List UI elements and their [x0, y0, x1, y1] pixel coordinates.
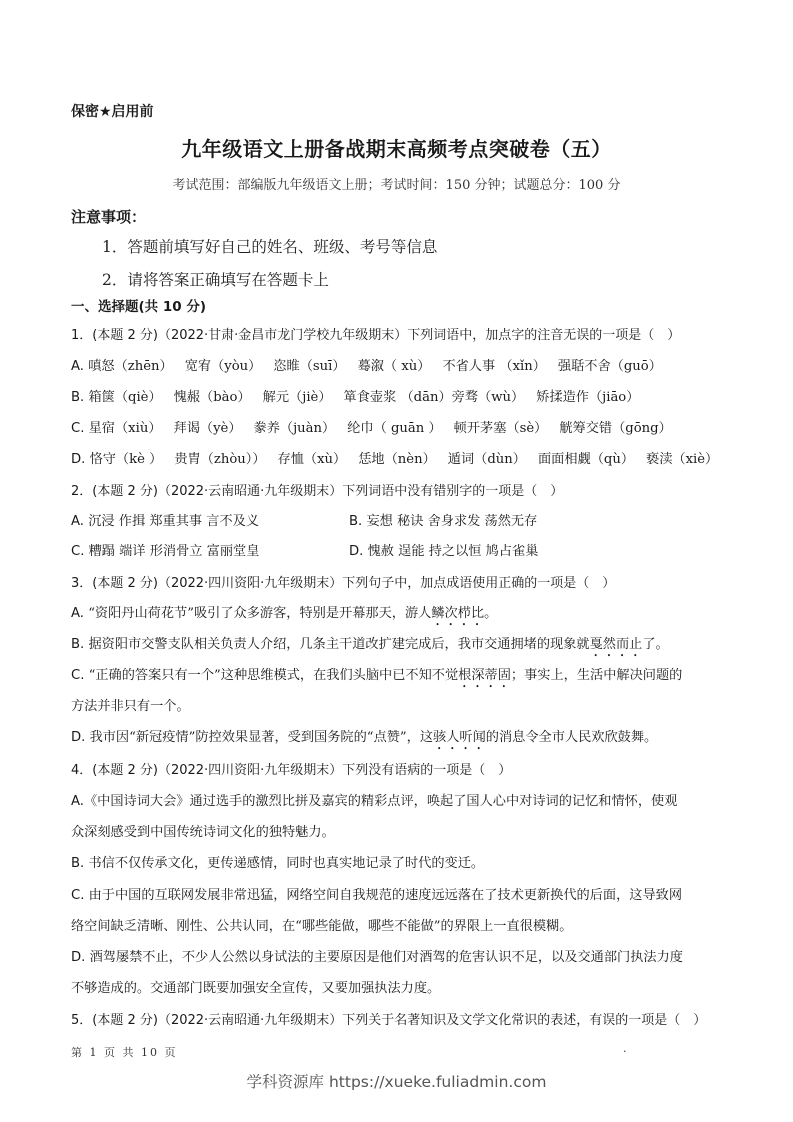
option-label: A.	[71, 514, 84, 529]
dotted-idiom: 根深蒂固	[458, 668, 511, 683]
exam-info: 考试范围：部编版九年级语文上册；考试时间：150 分钟；试题总分：100 分	[0, 174, 793, 193]
option-text: 由于中国的互联网发展非常迅猛，网络空间自我规范的速度远远落在了技术更新换代的后面…	[89, 888, 682, 903]
page-number: 第 1 页 共 10 页	[71, 1044, 177, 1060]
option-term: 宽宥（yòu）	[185, 355, 262, 374]
option-term: 蓦溆（ xù）	[358, 355, 431, 374]
option-term: 纶巾（ guān ）	[347, 417, 441, 436]
option-term: 愧赧（bào）	[174, 386, 251, 405]
question-3-option-d: D. 我市因“新冠疫情”防控效果显著，受到国务院的“点赞”，这骇人听闻的消息令全…	[71, 726, 657, 753]
question-2-option-b: B. 妄想 秘诀 舍身求发 荡然无存	[349, 510, 537, 529]
option-label: A.	[71, 359, 84, 374]
option-term: 箱箧（qiè）	[88, 386, 161, 405]
option-term: 矫揉造作（jiāo）	[536, 386, 639, 405]
question-3-stem: 3．(本题 2 分)（2022·四川资阳·九年级期末）下列句子中，加点成语使用正…	[71, 572, 615, 591]
option-term: 贵胄（zhòu））	[174, 448, 265, 467]
section-heading: 一、选择题(共 10 分)	[71, 295, 206, 315]
question-4-option-b: B. 书信不仅传承文化，更传递感情，同时也真实地记录了时代的变迁。	[71, 852, 484, 871]
question-4-option-a-cont: 众深刻感受到中国传统诗词文化的独特魅力。	[71, 821, 335, 840]
question-1-option-a: A. 嗔怒（zhēn）宽宥（yòu）恣睢（suī）蓦溆（ xù）不省人事 （xǐ…	[71, 355, 674, 374]
question-4-option-d: D. 酒驾屡禁不止，不少人公然以身试法的主要原因是他们对酒驾的危害认识不足，以及…	[71, 946, 683, 965]
question-1-stem: 1．(本题 2 分)（2022·甘肃·金昌市龙门学校九年级期末）下列词语中，加点…	[71, 324, 680, 343]
option-text: 书信不仅传承文化，更传递感情，同时也真实地记录了时代的变迁。	[88, 856, 484, 871]
question-1-option-d: D. 恪守（kè ）贵胄（zhòu））存恤（xù）恁地（nèn）遁词（dùn）面…	[71, 448, 730, 467]
option-text: “正确的答案只有一个”这种思维模式，在我们头脑中已不知不觉	[89, 668, 459, 683]
option-term: 星宿（xiù）	[89, 417, 162, 436]
option-text: 了。	[642, 637, 668, 652]
option-label: D.	[349, 544, 363, 559]
footer-mark: .	[623, 1042, 627, 1055]
option-term: 强聒不舍（guō）	[558, 355, 662, 374]
question-2-stem: 2．(本题 2 分)（2022·云南昭通·九年级期末）下列词语中没有错别字的一项…	[71, 480, 563, 499]
option-label: B.	[349, 514, 362, 529]
question-4-option-c-cont: 络空间缺乏清晰、刚性、公共认同，在“哪些能做，哪些不能做”的界限上一直很模糊。	[71, 915, 572, 934]
option-term: 恪守（kè ）	[90, 448, 163, 467]
option-term: 嗔怒（zhēn）	[88, 355, 173, 374]
question-3-option-c: C. “正确的答案只有一个”这种思维模式，在我们头脑中已不知不觉根深蒂固；事实上…	[71, 664, 682, 691]
notice-item: 1．答题前填写好自己的姓名、班级、考号等信息	[102, 235, 437, 257]
dotted-idiom: 骇人听闻	[433, 730, 486, 745]
option-term: 拜谒（yè）	[174, 417, 242, 436]
option-label: A.	[71, 794, 84, 809]
page-title: 九年级语文上册备战期末高频考点突破卷（五）	[0, 133, 793, 162]
option-term: 箪食壶浆 （dān）旁骛（wù）	[344, 386, 525, 405]
option-label: C.	[71, 421, 84, 436]
option-text: 酒驾屡禁不止，不少人公然以身试法的主要原因是他们对酒驾的危害认识不足，以及交通部…	[90, 950, 683, 965]
option-term: 解元（jiè）	[263, 386, 332, 405]
question-2-option-d: D. 愧赦 逞能 持之以恒 鸠占雀巢	[349, 540, 538, 559]
option-text: 的消息令全市人民欢欣鼓舞。	[486, 730, 657, 745]
option-text: 妄想 秘诀 舍身求发 荡然无存	[366, 514, 537, 529]
question-4-option-c: C. 由于中国的互联网发展非常迅猛，网络空间自我规范的速度远远落在了技术更新换代…	[71, 884, 682, 903]
option-text: ；事实上，生活中解决问题的	[511, 668, 682, 683]
option-label: D.	[71, 452, 85, 467]
option-term: 恣睢（suī）	[273, 355, 345, 374]
exam-page: 保密★启用前 九年级语文上册备战期末高频考点突破卷（五） 考试范围：部编版九年级…	[0, 0, 793, 1122]
option-term: 面面相觑（qù）	[538, 448, 634, 467]
option-text: 据资阳市交警支队相关负责人介绍，几条主干道改扩建完成后，我市交通拥堵的现象就	[88, 637, 589, 652]
option-term: 存恤（xù）	[278, 448, 347, 467]
question-2-row-1: A. 沉浸 作揖 郑重其事 言不及义 B. 妄想 秘诀 舍身求发 荡然无存	[71, 510, 721, 529]
question-4-option-d-cont: 不够造成的。交通部门既要加强安全宣传，又要加强执法力度。	[71, 977, 440, 996]
option-label: C.	[71, 668, 84, 683]
option-term: 豢养（juàn）	[254, 417, 336, 436]
question-3-option-b: B. 据资阳市交警支队相关负责人介绍，几条主干道改扩建完成后，我市交通拥堵的现象…	[71, 633, 669, 660]
option-text: 我市因“新冠疫情”防控效果显著，受到国务院的“点赞”，这	[90, 730, 433, 745]
option-label: A.	[71, 606, 84, 621]
watermark-link[interactable]: 学科资源库 https://xueke.fuliadmin.com	[0, 1070, 793, 1092]
option-text: 沉浸 作揖 郑重其事 言不及义	[88, 514, 259, 529]
dotted-idiom: 戛然而止	[590, 637, 643, 652]
option-text: 《中国诗词大会》通过选手的激烈比拼及嘉宾的精彩点评，唤起了国人心中对诗词的记忆和…	[84, 794, 677, 809]
option-label: D.	[71, 730, 85, 745]
option-label: B.	[71, 390, 84, 405]
option-text: 。	[484, 606, 497, 621]
option-label: C.	[71, 888, 84, 903]
question-5-stem: 5．(本题 2 分)（2022·云南昭通·九年级期末）下列关于名著知识及文学文化…	[71, 1009, 706, 1028]
option-text: 愧赦 逞能 持之以恒 鸠占雀巢	[368, 544, 539, 559]
option-term: 不省人事 （xǐn）	[442, 355, 545, 374]
dotted-idiom: 鳞次栉比	[431, 606, 484, 621]
confidential-label: 保密★启用前	[71, 101, 154, 121]
option-text: “资阳丹山荷花节”吸引了众多游客，特别是开幕那天，游人	[88, 606, 431, 621]
option-label: B.	[71, 856, 84, 871]
option-text: 糟蹋 端详 形消骨立 富丽堂皇	[89, 544, 260, 559]
question-1-option-c: C. 星宿（xiù）拜谒（yè）豢养（juàn）纶巾（ guān ）顿开茅塞（s…	[71, 417, 684, 436]
option-term: 遁词（dùn）	[448, 448, 526, 467]
question-4-option-a: A.《中国诗词大会》通过选手的激烈比拼及嘉宾的精彩点评，唤起了国人心中对诗词的记…	[71, 790, 677, 809]
question-4-stem: 4．(本题 2 分)（2022·四川资阳·九年级期末）下列没有语病的一项是（ ）	[71, 759, 511, 778]
option-label: C.	[71, 544, 84, 559]
option-term: 觥筹交错（gōng）	[559, 417, 671, 436]
option-term: 顿开茅塞（sè）	[454, 417, 548, 436]
question-2-row-2: C. 糟蹋 端详 形消骨立 富丽堂皇 D. 愧赦 逞能 持之以恒 鸠占雀巢	[71, 540, 721, 559]
option-term: 恁地（nèn）	[358, 448, 436, 467]
question-3-option-a: A. “资阳丹山荷花节”吸引了众多游客，特别是开幕那天，游人鳞次栉比。	[71, 602, 497, 629]
option-label: B.	[71, 637, 84, 652]
notice-item: 2．请将答案正确填写在答题卡上	[102, 268, 329, 290]
notice-heading: 注意事项：	[71, 206, 146, 227]
question-1-option-b: B. 箱箧（qiè）愧赧（bào）解元（jiè）箪食壶浆 （dān）旁骛（wù）…	[71, 386, 651, 405]
question-3-option-c-cont: 方法并非只有一个。	[71, 695, 190, 714]
option-term: 亵渎（xiè）	[646, 448, 718, 467]
option-label: D.	[71, 950, 85, 965]
